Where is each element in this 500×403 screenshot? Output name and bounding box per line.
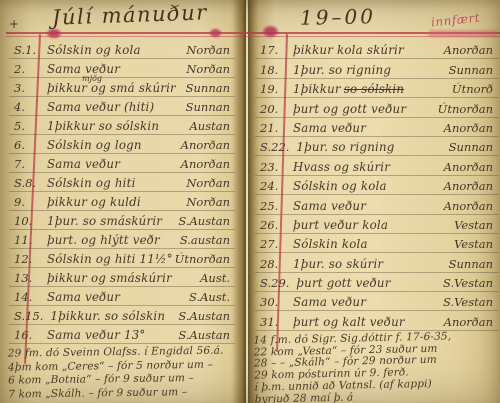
wind-direction: S.Austan xyxy=(178,214,235,228)
left-entry-list: S.1. Sólskin og kola Norðan 2. Sama veðu… xyxy=(9,40,235,344)
weather-text-main: 1þikkur xyxy=(293,82,341,96)
weather-text: Sama veður xyxy=(286,199,444,213)
weather-text: 1þur. so rigning xyxy=(289,140,448,154)
diary-entry-row: 6. Sólskin og logn Anorðan xyxy=(9,135,235,154)
weather-text: þurt og kalt veður xyxy=(286,315,444,329)
weather-text-main: Sólskin og kola xyxy=(293,179,387,193)
diary-entry-row: 17. þikkur kola skúrir Anorðan xyxy=(255,40,498,59)
wind-direction: Anorðan xyxy=(181,157,235,171)
weather-text: Sama veður xyxy=(286,121,444,135)
day-number: 16. xyxy=(9,328,40,342)
weather-text-main: Hvass og skúrir xyxy=(293,160,390,174)
day-number: 19. xyxy=(255,82,286,96)
weather-text-main: Sama veður xyxy=(47,290,120,304)
weather-text: Sólskin og hiti 11½° xyxy=(40,252,175,266)
inserted-word: mjög xyxy=(82,74,102,83)
weather-text-main: Sama veður xyxy=(293,295,366,309)
weather-text: Sólskin og logn xyxy=(40,138,181,152)
weather-text-main: 1þur. so rigning xyxy=(296,140,394,154)
diary-entry-row: 9. þikkur og kuldi Norðan xyxy=(9,192,235,211)
weather-text-main: 1þur. so skúrir xyxy=(293,257,383,271)
day-number: 28. xyxy=(255,257,286,271)
wind-direction: Útnorðan xyxy=(175,252,235,266)
day-number: 24. xyxy=(255,179,286,193)
weather-text: Sólskin og kola xyxy=(286,179,444,193)
diary-entry-row: 16. Sama veður 13° S.Austan xyxy=(9,325,235,344)
wind-direction: Austan xyxy=(190,119,236,133)
diary-entry-row: 20. þurt og gott veður Útnorðan xyxy=(255,98,498,117)
diary-entry-row: 5. 1þikkur so sólskin Austan xyxy=(9,116,235,135)
weather-text: þikkur og smá skúrirmjög xyxy=(40,81,186,95)
diary-entry-row: 28. 1þur. so skúrir Sunnan xyxy=(255,253,498,272)
weather-text-main: þikkur og smáskúrir xyxy=(47,271,172,285)
day-number: S.29. xyxy=(255,276,289,290)
weather-text-main: Sama veður 13° xyxy=(47,328,146,342)
weather-text-main: þurt og kalt veður xyxy=(293,315,405,329)
day-number: 13. xyxy=(9,271,40,285)
wind-direction: Anorðan xyxy=(444,121,498,135)
wind-direction: S.Austan xyxy=(178,328,235,342)
diary-entry-row: 4. Sama veður (hiti) Sunnan xyxy=(9,97,235,116)
innfaert-annotation: innfært xyxy=(430,10,480,29)
diary-entry-row: 14. Sama veður S.Aust. xyxy=(9,287,235,306)
weather-text-main: Sólskin og hiti 11½° xyxy=(47,252,173,266)
weather-text-main: þurt gott veður xyxy=(296,276,390,290)
struck-text: so sólskin xyxy=(344,82,404,96)
diary-entry-row: 18. 1þur. so rigning Sunnan xyxy=(255,59,498,78)
diary-entry-row: S.1. Sólskin og kola Norðan xyxy=(9,40,235,59)
wind-direction: S.austan xyxy=(180,233,235,247)
day-number: 30. xyxy=(255,295,286,309)
page-title: Júlí mánuður xyxy=(52,0,208,29)
diary-entry-row: 10. 1þur. so smáskúrir S.Austan xyxy=(9,211,235,230)
weather-text: Sama veður 13° xyxy=(40,328,178,342)
wind-direction: Sunnan xyxy=(186,100,235,114)
weather-text-main: Sama veður xyxy=(293,121,366,135)
weather-text: Sólskin og hiti xyxy=(40,176,186,190)
weather-text-main: Sama veður (hiti) xyxy=(47,100,154,114)
day-number: S.22. xyxy=(255,140,289,154)
right-margin-notes: 14 f.m. dó Sigr. Sig.dóttir f. 17-6-35,2… xyxy=(253,330,500,403)
wind-direction: Vestan xyxy=(454,218,498,232)
day-number: 9. xyxy=(9,195,40,209)
binding-thread xyxy=(246,0,248,403)
day-number: 25. xyxy=(255,199,286,213)
wind-direction: Aust. xyxy=(200,271,235,285)
diary-entry-row: 24. Sólskin og kola Anorðan xyxy=(255,176,498,195)
weather-text: Sama veður (hiti) xyxy=(40,100,186,114)
diary-entry-row: 23. Hvass og skúrir Anorðan xyxy=(255,156,498,175)
weather-text: þurt veður kola xyxy=(286,218,454,232)
wind-direction: S.Aust. xyxy=(189,290,235,304)
weather-text-main: þikkur og kuldi xyxy=(47,195,141,209)
wind-direction: Norðan xyxy=(186,195,235,209)
day-number: 7. xyxy=(9,157,40,171)
day-number: 27. xyxy=(255,237,286,251)
wind-direction: Anorðan xyxy=(444,43,498,57)
weather-text-main: Sólskin kola xyxy=(293,237,368,251)
day-number: 21. xyxy=(255,121,286,135)
day-number: 14. xyxy=(9,290,40,304)
diary-entry-row: S.29. þurt gott veður S.Vestan xyxy=(255,273,498,292)
weather-text: Sama veður xyxy=(40,290,189,304)
weather-text: Sólskin kola xyxy=(286,237,454,251)
weather-text-main: 1þikkur so sólskin xyxy=(47,119,159,133)
day-number: 18. xyxy=(255,63,286,77)
weather-text: þurt. og hlýtt veðr xyxy=(40,233,180,247)
day-number: 6. xyxy=(9,138,40,152)
diary-entry-row: 13. þikkur og smáskúrir Aust. xyxy=(9,268,235,287)
wind-direction: S.Austan xyxy=(178,309,235,323)
diary-entry-row: 2. Sama veður Norðan xyxy=(9,59,235,78)
day-number: S.1. xyxy=(9,43,40,57)
weather-text-main: Sama veður xyxy=(47,157,120,171)
day-number: 26. xyxy=(255,218,286,232)
diary-entry-row: 26. þurt veður kola Vestan xyxy=(255,215,498,234)
left-margin-notes: 29 fm. dó Sveinn Olafss. í Engidal 56.á.… xyxy=(8,344,239,402)
day-number: 12. xyxy=(9,252,40,266)
diary-entry-row: 3. þikkur og smá skúrirmjög Sunnan xyxy=(9,78,235,97)
weather-text-main: 1þur. so smáskúrir xyxy=(47,214,162,228)
wind-direction: Útnorð xyxy=(452,82,498,96)
day-number: 2. xyxy=(9,62,40,76)
diary-entry-row: 25. Sama veður Anorðan xyxy=(255,195,498,214)
diary-entry-row: S.22. 1þur. so rigning Sunnan xyxy=(255,137,498,156)
red-ink-smear xyxy=(428,30,498,37)
wind-direction: Norðan xyxy=(186,62,235,76)
wind-direction: Anorðan xyxy=(444,315,498,329)
weather-text: 1þikkurso sólskin xyxy=(286,82,452,96)
weather-text: 1þikkur so sólskin xyxy=(40,119,190,133)
day-number: S.8. xyxy=(9,176,40,190)
diary-entry-row: 19. 1þikkurso sólskin Útnorð xyxy=(255,79,498,98)
wind-direction: Anorðan xyxy=(444,179,498,193)
weather-text-main: þurt. og hlýtt veðr xyxy=(47,233,160,247)
diary-entry-row: 7. Sama veður Anorðan xyxy=(9,154,235,173)
book-page-edges xyxy=(0,0,9,403)
weather-text-main: þikkur kola skúrir xyxy=(293,43,404,57)
weather-text: þikkur og smáskúrir xyxy=(40,271,200,285)
weather-text-main: Sama veður xyxy=(293,199,366,213)
header-rule-bottom xyxy=(6,36,500,38)
day-number: 3. xyxy=(9,81,40,95)
diary-entry-row: S.8. Sólskin og hiti Norðan xyxy=(9,173,235,192)
wind-direction: Sunnan xyxy=(449,63,498,77)
weather-text-main: þikkur og smá skúrir xyxy=(47,81,176,95)
weather-text: 1þikkur. so sólskin xyxy=(43,309,178,323)
wind-direction: Útnorðan xyxy=(438,102,498,116)
weather-text-main: 1þur. so rigning xyxy=(293,63,391,77)
corner-plus-mark: + xyxy=(9,17,19,31)
weather-text-main: þurt veður kola xyxy=(293,218,388,232)
weather-text: þurt og gott veður xyxy=(286,102,438,116)
weather-text-main: Sólskin og logn xyxy=(47,138,142,152)
day-number: 17. xyxy=(255,43,286,57)
weather-text: Sama veður xyxy=(40,157,181,171)
diary-entry-row: 12. Sólskin og hiti 11½° Útnorðan xyxy=(9,249,235,268)
weather-text: þikkur kola skúrir xyxy=(286,43,444,57)
weather-text-main: Sólskin og kola xyxy=(47,43,141,57)
weather-text: 1þur. so skúrir xyxy=(286,257,449,271)
wind-direction: Vestan xyxy=(454,237,498,251)
day-number: 23. xyxy=(255,160,286,174)
note-line: 7 kom „Skálh. – fór 9 suður um – xyxy=(8,385,238,402)
weather-text: Sólskin og kola xyxy=(40,43,186,57)
right-entry-list: 17. þikkur kola skúrir Anorðan 18. 1þur.… xyxy=(255,40,498,331)
weather-text: 1þur. so rigning xyxy=(286,63,449,77)
wind-direction: S.Vestan xyxy=(443,295,498,309)
wind-direction: Sunnan xyxy=(449,257,498,271)
wind-direction: Norðan xyxy=(186,176,235,190)
day-number: S.15. xyxy=(9,309,43,323)
weather-text: Sama veður xyxy=(40,62,186,76)
ink-blot xyxy=(209,28,222,38)
diary-entry-row: 30. Sama veður S.Vestan xyxy=(255,292,498,311)
wind-direction: Norðan xyxy=(186,43,235,57)
ink-blot xyxy=(262,25,279,38)
day-number: 20. xyxy=(255,102,286,116)
wind-direction: Sunnan xyxy=(186,81,235,95)
wind-direction: Anorðan xyxy=(444,199,498,213)
weather-text: þurt gott veður xyxy=(289,276,443,290)
day-number: 4. xyxy=(9,100,40,114)
weather-text: Sama veður xyxy=(286,295,443,309)
diary-entry-row: 21. Sama veður Anorðan xyxy=(255,118,498,137)
weather-text-main: 1þikkur. so sólskin xyxy=(50,309,165,323)
diary-book-spread: + Júlí mánuður 19–00 innfært S.1. Sólski… xyxy=(0,0,500,403)
day-number: 31. xyxy=(255,315,286,329)
header-rule-top xyxy=(6,32,500,34)
weather-text: Hvass og skúrir xyxy=(286,160,444,174)
day-number: 11. xyxy=(9,233,40,247)
wind-direction: Anorðan xyxy=(181,138,235,152)
diary-entry-row: 11. þurt. og hlýtt veðr S.austan xyxy=(9,230,235,249)
wind-direction: S.Vestan xyxy=(443,276,498,290)
diary-entry-row: S.15. 1þikkur. so sólskin S.Austan xyxy=(9,306,235,325)
wind-direction: Anorðan xyxy=(444,160,498,174)
weather-text: þikkur og kuldi xyxy=(40,195,186,209)
wind-direction: Sunnan xyxy=(449,140,498,154)
weather-text: 1þur. so smáskúrir xyxy=(40,214,178,228)
weather-text-main: þurt og gott veður xyxy=(293,102,406,116)
year-heading: 19–00 xyxy=(300,4,376,30)
diary-entry-row: 27. Sólskin kola Vestan xyxy=(255,234,498,253)
weather-text-main: Sólskin og hiti xyxy=(47,176,136,190)
day-number: 10. xyxy=(9,214,40,228)
diary-entry-row: 31. þurt og kalt veður Anorðan xyxy=(255,311,498,330)
day-number: 5. xyxy=(9,119,40,133)
